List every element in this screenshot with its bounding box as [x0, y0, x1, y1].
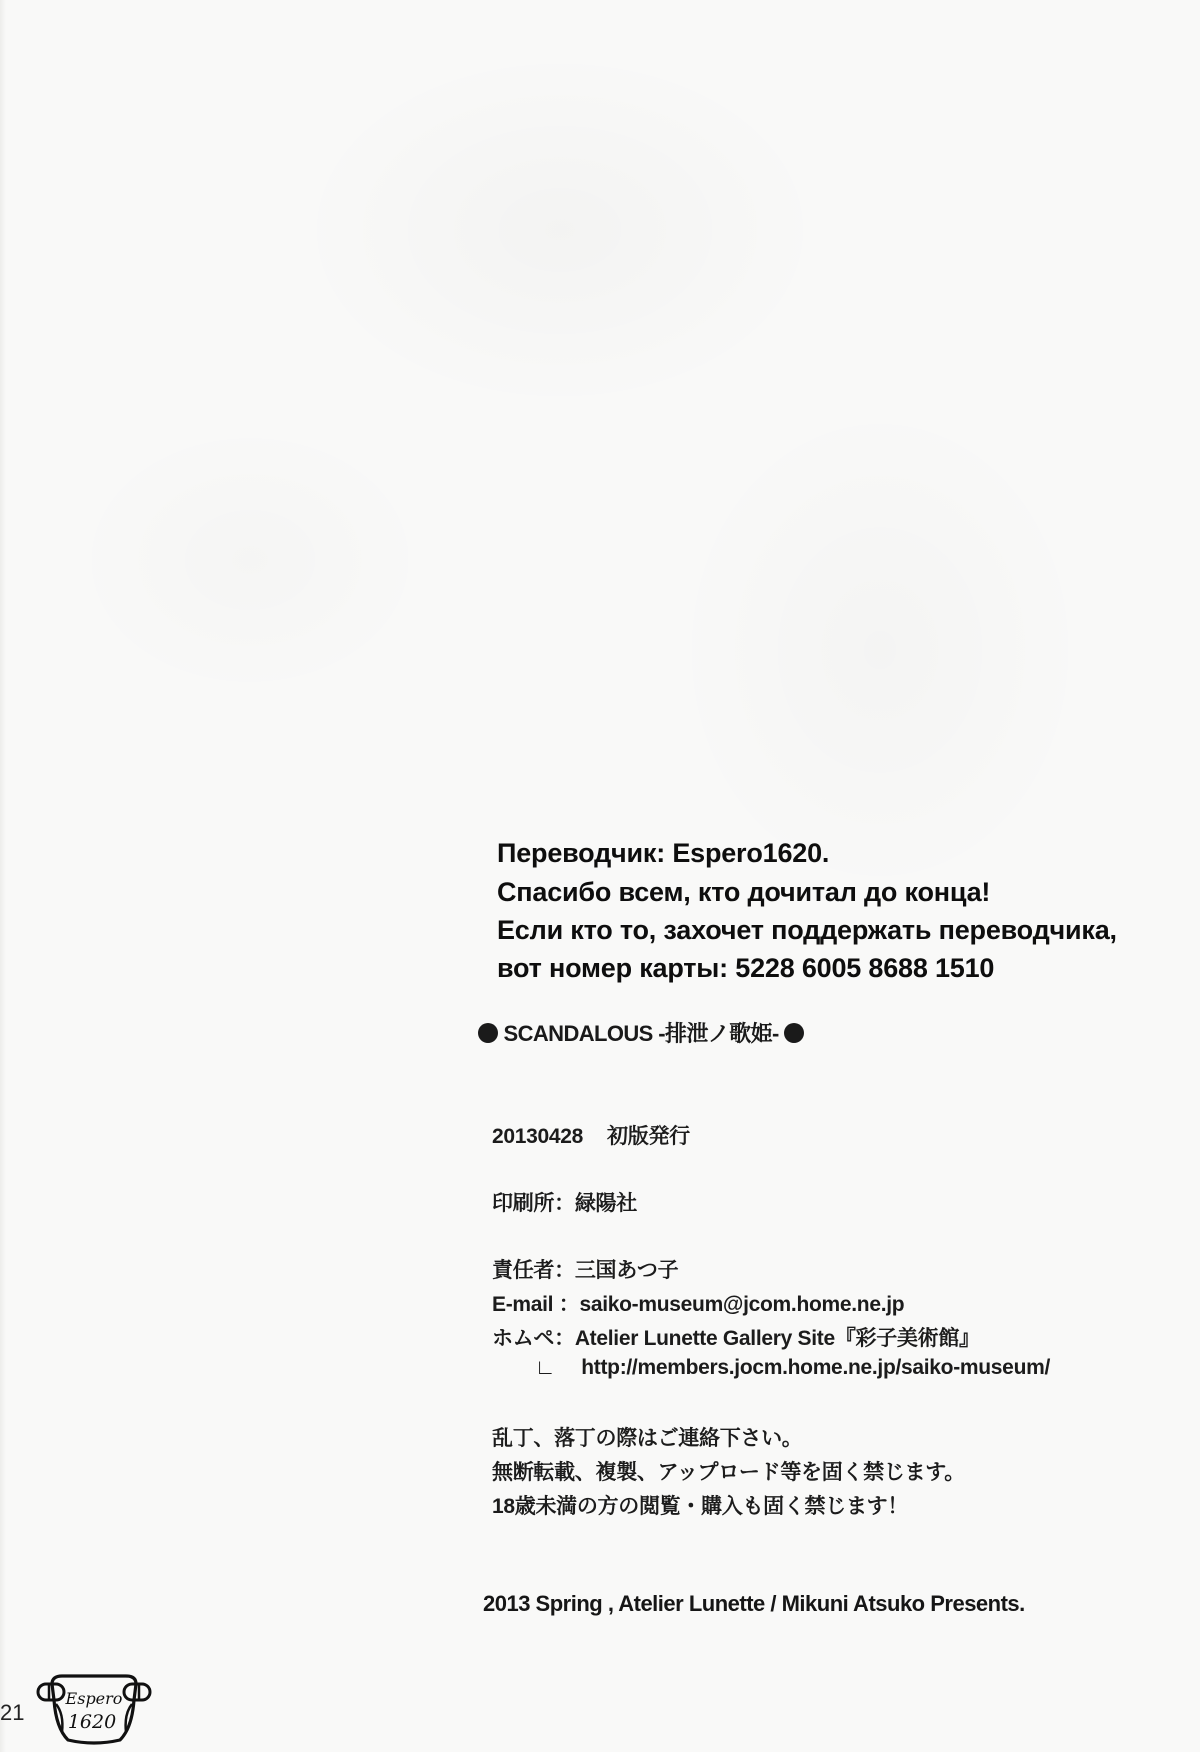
- card-number-line: вот номер карты: 5228 6005 8688 1510: [497, 953, 994, 984]
- separator: ：: [559, 1293, 580, 1316]
- email-line: E-mail ：saiko-museum@jcom.home.ne.jp: [492, 1288, 904, 1318]
- url-value: http://members.jocm.home.ne.jp/saiko-mus…: [581, 1356, 1050, 1379]
- email-value: saiko-museum@jcom.home.ne.jp: [579, 1293, 904, 1316]
- responsible-line: 責任者：三国あつ子: [492, 1254, 678, 1284]
- notice-no-reproduction: 無断転載、複製、アップロード等を固く禁じます。: [492, 1456, 965, 1486]
- notice-age-restriction: 18歳未満の方の閲覧・購入も固く禁じます！: [492, 1490, 908, 1520]
- separator: ：: [554, 1327, 575, 1350]
- edition-label: 初版発行: [607, 1125, 690, 1148]
- separator: ：: [554, 1259, 575, 1282]
- translator-line: Переводчик: Espero1620.: [497, 838, 829, 869]
- url-marker-icon: ∟: [535, 1356, 555, 1379]
- email-label: E-mail: [492, 1293, 553, 1316]
- thanks-line: Спасибо всем, кто дочитал до конца!: [497, 877, 990, 908]
- homepage-line: ホムペ：Atelier Lunette Gallery Site『彩子美術館』: [492, 1322, 980, 1352]
- responsible-label: 責任者: [492, 1259, 554, 1282]
- separator: ：: [554, 1192, 575, 1215]
- date-value: 20130428: [492, 1125, 583, 1148]
- notice-misprint: 乱丁、落丁の際はご連絡下さい。: [492, 1422, 803, 1452]
- responsible-value: 三国あつ子: [575, 1259, 679, 1282]
- url-line: ∟http://members.jocm.home.ne.jp/saiko-mu…: [535, 1356, 1050, 1380]
- printer-label: 印刷所: [492, 1192, 554, 1215]
- diaper-icon: Espero 1620: [34, 1670, 154, 1748]
- homepage-label: ホムペ: [492, 1327, 554, 1350]
- book-title-text: SCANDALOUS -排泄ノ歌姫-: [504, 1021, 779, 1046]
- watermark-line2: 1620: [68, 1711, 116, 1733]
- credits-line: 2013 Spring , Atelier Lunette / Mikuni A…: [483, 1591, 1025, 1617]
- printer-value: 緑陽社: [575, 1192, 637, 1215]
- printer-line: 印刷所：緑陽社: [492, 1187, 637, 1217]
- bullet-icon: [784, 1023, 804, 1043]
- scan-edge: [0, 0, 6, 1752]
- publication-date: 20130428初版発行: [492, 1120, 690, 1150]
- support-line: Если кто то, захочет поддержать переводч…: [497, 915, 1117, 946]
- page-number: 21: [0, 1700, 24, 1726]
- watermark-line1: Espero: [65, 1689, 123, 1708]
- bullet-icon: [478, 1023, 498, 1043]
- book-title: SCANDALOUS -排泄ノ歌姫-: [478, 1017, 804, 1048]
- homepage-value: Atelier Lunette Gallery Site『彩子美術館』: [575, 1327, 980, 1350]
